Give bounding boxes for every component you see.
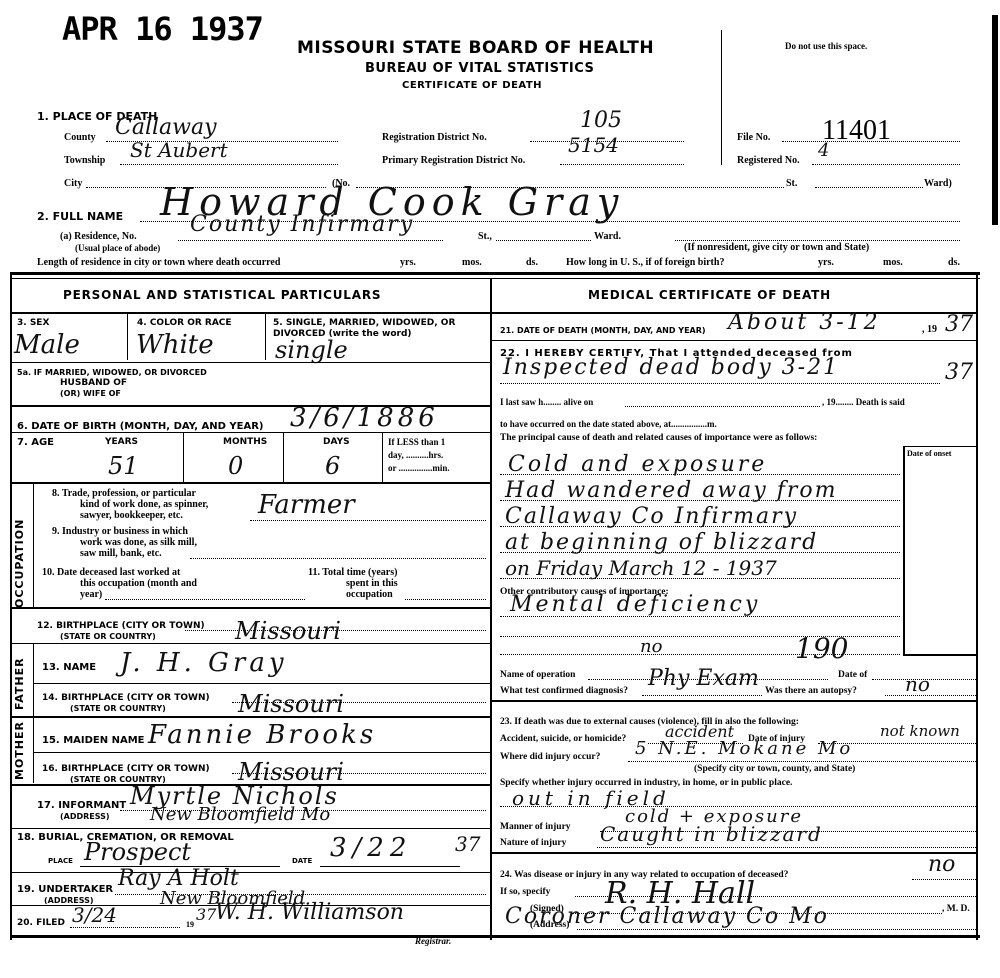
- row-rule-age: [12, 482, 490, 484]
- attended-value: Inspected dead body 3-21: [503, 355, 839, 380]
- cause-text-5: on Friday March 12 - 1937: [505, 556, 777, 580]
- primary-reg-label: Primary Registration District No.: [382, 155, 525, 166]
- burial-place-value: Prospect: [84, 838, 191, 866]
- father-name-value: J. H. Gray: [120, 648, 288, 678]
- dob-label: 6. DATE OF BIRTH (MONTH, DAY, AND YEAR): [17, 421, 264, 432]
- spouse-label-3: (OR) WIFE OF: [60, 389, 121, 398]
- industry-field[interactable]: [190, 548, 486, 559]
- mother-name-value: Fannie Brooks: [148, 720, 376, 750]
- table-left-border: [10, 272, 12, 940]
- cause-text-1: Cold and exposure: [508, 452, 767, 477]
- accident-label: Accident, suicide, or homicide?: [500, 734, 626, 744]
- foreign-mos-label: mos.: [883, 257, 903, 268]
- total-time-label-3: occupation: [346, 589, 393, 600]
- reg-district-label: Registration District No.: [382, 132, 487, 143]
- county-value: Callaway: [115, 115, 217, 140]
- father-bp-label: 14. BIRTHPLACE (CITY OR TOWN): [42, 693, 210, 703]
- age-days-value: 6: [325, 452, 340, 480]
- trade-value: Farmer: [258, 490, 355, 520]
- where-value: 5 N.E. Mokane Mo: [635, 738, 853, 759]
- foreign-yrs-label: yrs.: [818, 257, 834, 268]
- age-days-label: DAYS: [323, 437, 350, 447]
- cause-intro-label: The principal cause of death and related…: [500, 433, 817, 443]
- spouse-label-1: 5a. IF MARRIED, WIDOWED, OR DIVORCED: [17, 368, 207, 377]
- autopsy-value: no: [905, 672, 930, 696]
- where-sub: (Specify city or town, county, and State…: [694, 764, 855, 774]
- column-divider: [490, 278, 492, 940]
- form-subtitle: BUREAU OF VITAL STATISTICS: [365, 61, 594, 76]
- age-months-value: 0: [228, 452, 243, 480]
- table-top-border: [10, 272, 980, 275]
- township-label: Township: [64, 155, 105, 166]
- operation-label: Name of operation: [500, 670, 575, 680]
- industry-label-3: saw mill, bank, etc.: [80, 548, 162, 559]
- row-rule-father-name: [34, 683, 490, 684]
- form-doc-type: CERTIFICATE OF DEATH: [402, 80, 542, 91]
- foreign-ds-label: ds.: [948, 257, 960, 268]
- parent-side-divider: [33, 643, 34, 783]
- burial-place-label: PLACE: [48, 857, 73, 865]
- row-rule-nature: [492, 852, 976, 854]
- father-bp-value: Missouri: [238, 690, 344, 718]
- birthplace-value: Missouri: [235, 617, 341, 645]
- age-years-value: 51: [108, 452, 139, 480]
- less-than-day-3: or ...............min.: [388, 463, 450, 473]
- last-saw-field[interactable]: [625, 397, 820, 407]
- row-rule-mother-name: [34, 752, 490, 753]
- death-said-label: , 19........ Death is said: [822, 397, 905, 407]
- race-value: White: [136, 330, 214, 360]
- length-residence-label: Length of residence in city or town wher…: [37, 257, 280, 268]
- informant-address: New Bloomfield Mo: [150, 804, 330, 825]
- file-no-label: File No.: [737, 132, 770, 143]
- total-time-label-1: 11. Total time (years): [308, 567, 397, 578]
- age-years-label: YEARS: [105, 437, 138, 447]
- last-worked-field[interactable]: [105, 589, 305, 600]
- undertaker-label: 19. UNDERTAKER: [17, 884, 113, 895]
- cause-text-2: Had wandered away from: [505, 478, 837, 503]
- city-label: City: [64, 178, 82, 189]
- mother-side-label: MOTHER: [13, 722, 26, 780]
- residence-ward-field[interactable]: [496, 229, 591, 241]
- row-rule-birthplace: [12, 643, 490, 644]
- last-worked-label-2: this occupation (month and: [80, 578, 197, 589]
- occupation-side-divider: [33, 482, 34, 607]
- full-name-label: 2. FULL NAME: [37, 210, 123, 223]
- table-right-border: [976, 272, 978, 940]
- township-value: St Aubert: [130, 138, 228, 162]
- onset-box: [903, 446, 976, 656]
- spouse-label-2: HUSBAND OF: [60, 378, 127, 388]
- registered-no-field[interactable]: [812, 153, 960, 165]
- informant-sub: (ADDRESS): [60, 812, 110, 821]
- autopsy-field[interactable]: [885, 686, 976, 696]
- race-marital-divider: [265, 312, 266, 360]
- address-value: Coroner Callaway Co Mo: [505, 904, 829, 929]
- industry-label-2: work was done, as silk mill,: [80, 537, 197, 548]
- table-top-border-2: [10, 278, 980, 279]
- dod-label: 21. DATE OF DEATH (MONTH, DAY, AND YEAR): [500, 326, 706, 335]
- city-ward-label: Ward): [924, 178, 952, 189]
- external-label: 23. If death was due to external causes …: [500, 717, 799, 727]
- residence-st-label: St.,: [478, 231, 492, 242]
- total-time-label-2: spent in this: [346, 578, 398, 589]
- test-value: Phy Exam: [648, 666, 759, 691]
- burial-date-value: 3/22: [330, 833, 412, 863]
- personal-heading-rule: [12, 312, 490, 314]
- operation-extra-value: no: [640, 636, 662, 657]
- where-label: Where did injury occur?: [500, 752, 600, 762]
- received-stamp: APR 16 1937: [62, 10, 263, 48]
- father-name-label: 13. NAME: [42, 662, 96, 673]
- row-rule-sex: [12, 362, 490, 363]
- less-than-day-2: day, ..........hrs.: [388, 450, 443, 460]
- age-divider-2: [283, 432, 284, 482]
- contributory-value: Mental deficiency: [510, 592, 760, 617]
- dod-value: About 3-12: [728, 310, 881, 335]
- registrar-signature: W. H. Williamson: [215, 900, 404, 925]
- injury-date-value: not known: [880, 722, 960, 740]
- page-edge: [992, 15, 998, 225]
- last-worked-label-3: year): [80, 589, 102, 600]
- mother-name-label: 15. MAIDEN NAME: [42, 735, 144, 746]
- birthplace-sub: (STATE OR COUNTRY): [60, 632, 156, 641]
- length-ds-label: ds.: [526, 257, 538, 268]
- registered-no-value: 4: [818, 140, 829, 161]
- table-bottom-border: [10, 935, 980, 938]
- spouse-field[interactable]: [130, 378, 480, 398]
- cause-text-3: Callaway Co Infirmary: [505, 504, 798, 529]
- sex-race-divider: [127, 312, 128, 360]
- autopsy-label: Was there an autopsy?: [765, 686, 857, 696]
- residence-ward-label: Ward.: [594, 231, 621, 242]
- md-label: , M. D.: [942, 904, 970, 914]
- informant-label: 17. INFORMANT: [37, 800, 126, 811]
- total-time-field[interactable]: [405, 589, 486, 600]
- industry-label-1: 9. Industry or business in which: [52, 526, 188, 537]
- manner-label: Manner of injury: [500, 822, 571, 832]
- marital-value: single: [275, 336, 348, 364]
- personal-heading: PERSONAL AND STATISTICAL PARTICULARS: [63, 288, 381, 302]
- filed-date-value: 3/24: [72, 903, 117, 927]
- length-yrs-label: yrs.: [400, 257, 416, 268]
- residence-sub-label: (Usual place of abode): [75, 243, 160, 253]
- trade-label-2: kind of work done, as spinner,: [80, 499, 208, 510]
- age-months-label: MONTHS: [223, 437, 267, 447]
- less-than-day-1: If LESS than 1: [388, 437, 445, 447]
- if-so-label: If so, specify: [500, 887, 550, 897]
- dod-year-prefix: , 19: [922, 324, 937, 335]
- row-rule-burial: [12, 872, 490, 873]
- registered-no-label: Registered No.: [737, 155, 800, 166]
- occupation-side-label: OCCUPATION: [13, 498, 26, 608]
- age-divider-3: [382, 432, 383, 482]
- burial-date-label: DATE: [292, 857, 312, 865]
- test-label: What test confirmed diagnosis?: [500, 686, 628, 696]
- city-ward-field[interactable]: [815, 176, 923, 188]
- dob-value: 3/6/1886: [290, 403, 439, 433]
- birthplace-label: 12. BIRTHPLACE (CITY OR TOWN): [37, 621, 205, 631]
- operation-date-label: Date of: [838, 670, 867, 680]
- foreign-birth-label: How long in U. S., if of foreign birth?: [566, 257, 724, 268]
- row-rule-dod: [492, 340, 976, 341]
- dod-year-value: 37: [945, 312, 973, 337]
- row-rule-occupation: [12, 607, 490, 609]
- file-no-value: 11401: [822, 115, 891, 147]
- city-st-label: St.: [786, 178, 797, 189]
- nonresident-field[interactable]: [675, 229, 960, 241]
- operation-year-value: 190: [795, 632, 848, 665]
- residence-value: County Infirmary: [190, 212, 414, 237]
- primary-reg-value: 5154: [568, 133, 619, 157]
- trade-label-3: sawyer, bookkeeper, etc.: [80, 510, 183, 521]
- reg-district-value: 105: [580, 108, 622, 133]
- nonresident-note: (If nonresident, give city or town and S…: [684, 242, 869, 253]
- residence-label: (a) Residence, No.: [60, 231, 137, 242]
- nature-value: Caught in blizzard: [600, 822, 823, 846]
- form-title: MISSOURI STATE BOARD OF HEALTH: [297, 38, 654, 58]
- last-worked-label-1: 10. Date deceased last worked at: [42, 567, 180, 578]
- length-mos-label: mos.: [462, 257, 482, 268]
- do-not-use-note: Do not use this space.: [785, 41, 867, 51]
- row-rule-father: [12, 716, 490, 718]
- row-rule-test: [492, 700, 976, 702]
- sex-label: 3. SEX: [17, 318, 49, 328]
- race-label: 4. COLOR OR RACE: [137, 318, 232, 328]
- filed-year-value: 37: [196, 905, 216, 924]
- row-rule-informant: [12, 828, 490, 829]
- attended-year-value: 37: [945, 360, 973, 385]
- age-divider-1: [183, 432, 184, 482]
- row-rule-dob: [12, 432, 490, 433]
- registrar-label: Registrar.: [415, 936, 451, 946]
- county-label: County: [64, 132, 96, 143]
- filed-label: 20. FILED: [17, 918, 65, 928]
- header-divider: [721, 30, 722, 165]
- trade-label-1: 8. Trade, profession, or particular: [52, 488, 196, 499]
- occupation-related-value: no: [928, 852, 955, 877]
- onset-label: Date of onset: [907, 449, 951, 458]
- filed-year-prefix: 19: [186, 920, 194, 929]
- last-saw-label: I last saw h........ alive on: [500, 397, 593, 407]
- father-bp-sub: (STATE OR COUNTRY): [70, 704, 166, 713]
- father-side-label: FATHER: [13, 650, 26, 710]
- medical-heading: MEDICAL CERTIFICATE OF DEATH: [588, 288, 831, 302]
- nature-label: Nature of injury: [500, 838, 566, 848]
- burial-year-value: 37: [455, 832, 480, 856]
- age-label: 7. AGE: [17, 437, 54, 448]
- occurred-label: to have occurred on the date stated abov…: [500, 419, 717, 429]
- mother-bp-label: 16. BIRTHPLACE (CITY OR TOWN): [42, 764, 210, 774]
- cause-text-4: at beginning of blizzard: [505, 530, 818, 555]
- sex-value: Male: [14, 330, 80, 360]
